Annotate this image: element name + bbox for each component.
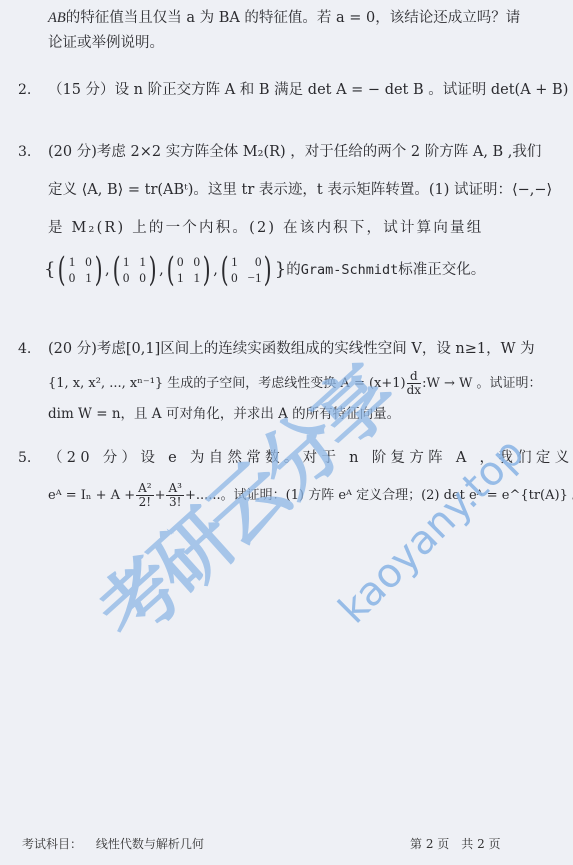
line-text: :W → W 。试证明： <box>422 374 541 394</box>
problem-1-continuation-line-2: 论证或举例说明。 <box>48 33 164 53</box>
line-text: +......。试证明：(1) 方阵 eᴬ 定义合理；(2) det eᴬ = … <box>185 486 573 506</box>
problem-body: 考虑 2×2 实方阵全体 M₂(R) ，对于任给的两个 2 阶方阵 A, B ,… <box>97 144 542 160</box>
problem-4-line-1: (20 分)考虑[0,1]区间上的连续实函数组成的实线性空间 V，设 n≥1，W… <box>48 339 535 359</box>
gram-schmidt-label: Gram-Schmidt <box>301 260 399 280</box>
derivative-fraction: ddx <box>407 370 421 397</box>
problem-number: 2. <box>18 82 31 98</box>
matrix-4: (100−1) <box>218 253 275 287</box>
line-text: {1, x, x², ..., xⁿ⁻¹} 生成的子空间，考虑线性变换 A = … <box>48 374 406 394</box>
math-ab: AB <box>48 10 66 26</box>
suffix-text: 的 <box>286 260 301 280</box>
problem-5-line-1: （20 分）设 e 为自然常数。对于 n 阶复方阵 A ，我们定义 <box>48 448 573 468</box>
problem-number: 5. <box>18 450 31 466</box>
matrix-3: (0011) <box>164 253 214 287</box>
problem-3-line-1: (20 分)考虑 2×2 实方阵全体 M₂(R) ，对于任给的两个 2 阶方阵 … <box>48 142 541 162</box>
points: (20 分) <box>48 341 97 357</box>
problem-3-line-2: 定义 ⟨A, B⟩ = tr(ABᵗ)。这里 tr 表示迹，t 表示矩阵转置。(… <box>48 180 552 200</box>
footer-subject: 考试科目： 线性代数与解析几何 <box>22 835 204 852</box>
continuation-text: 的特征值当且仅当 a 为 BA 的特征值。若 a = 0，该结论还成立吗？请 <box>66 10 521 26</box>
subject-label: 考试科目： <box>22 837 82 851</box>
suffix-text: 标准正交化。 <box>398 260 485 280</box>
points: （20 分） <box>48 450 140 466</box>
footer-page-info: 第 2 页 共 2 页 <box>410 835 501 852</box>
subject-name: 线性代数与解析几何 <box>96 837 204 851</box>
problem-number: 4. <box>18 341 31 357</box>
right-brace: } <box>275 260 286 280</box>
matrix-2: (1100) <box>110 253 160 287</box>
left-brace: { <box>44 260 55 280</box>
problem-2-text: （15 分）设 n 阶正交方阵 A 和 B 满足 det A = − det B… <box>48 80 573 100</box>
problem-4-line-3: dim W = n，且 A 可对角化，并求出 A 的所有特征向量。 <box>48 404 400 424</box>
problem-body: 考虑[0,1]区间上的连续实函数组成的实线性空间 V，设 n≥1，W 为 <box>97 341 535 357</box>
problem-5-line-2: eᴬ = Iₙ + A + A²2!+ A³3! +......。试证明：(1)… <box>48 482 573 509</box>
problem-1-continuation-line-1: AB的特征值当且仅当 a 为 BA 的特征值。若 a = 0，该结论还成立吗？请 <box>48 8 520 28</box>
problem-body: 设 n 阶正交方阵 A 和 B 满足 det A = − det B 。试证明 … <box>115 82 573 98</box>
line-text: eᴬ = Iₙ + A + <box>48 486 135 506</box>
problem-number: 3. <box>18 144 31 160</box>
fraction-a3: A³3! <box>166 482 183 509</box>
points: (20 分) <box>48 144 97 160</box>
fraction-a2: A²2! <box>136 482 153 509</box>
matrix-1: (1001) <box>55 253 105 287</box>
problem-body: 设 e 为自然常数。对于 n 阶复方阵 A ，我们定义 <box>140 450 573 466</box>
problem-3-matrix-set: { (1001), (1100), (0011), (100−1) } 的 Gr… <box>44 253 485 287</box>
exam-page: AB的特征值当且仅当 a 为 BA 的特征值。若 a = 0，该结论还成立吗？请… <box>0 0 573 865</box>
problem-3-line-3: 是 M₂(R) 上的一个内积。(2) 在该内积下，试计算向量组 <box>48 218 483 238</box>
problem-4-line-2: {1, x, x², ..., xⁿ⁻¹} 生成的子空间，考虑线性变换 A = … <box>48 370 541 397</box>
points: （15 分） <box>48 82 115 98</box>
